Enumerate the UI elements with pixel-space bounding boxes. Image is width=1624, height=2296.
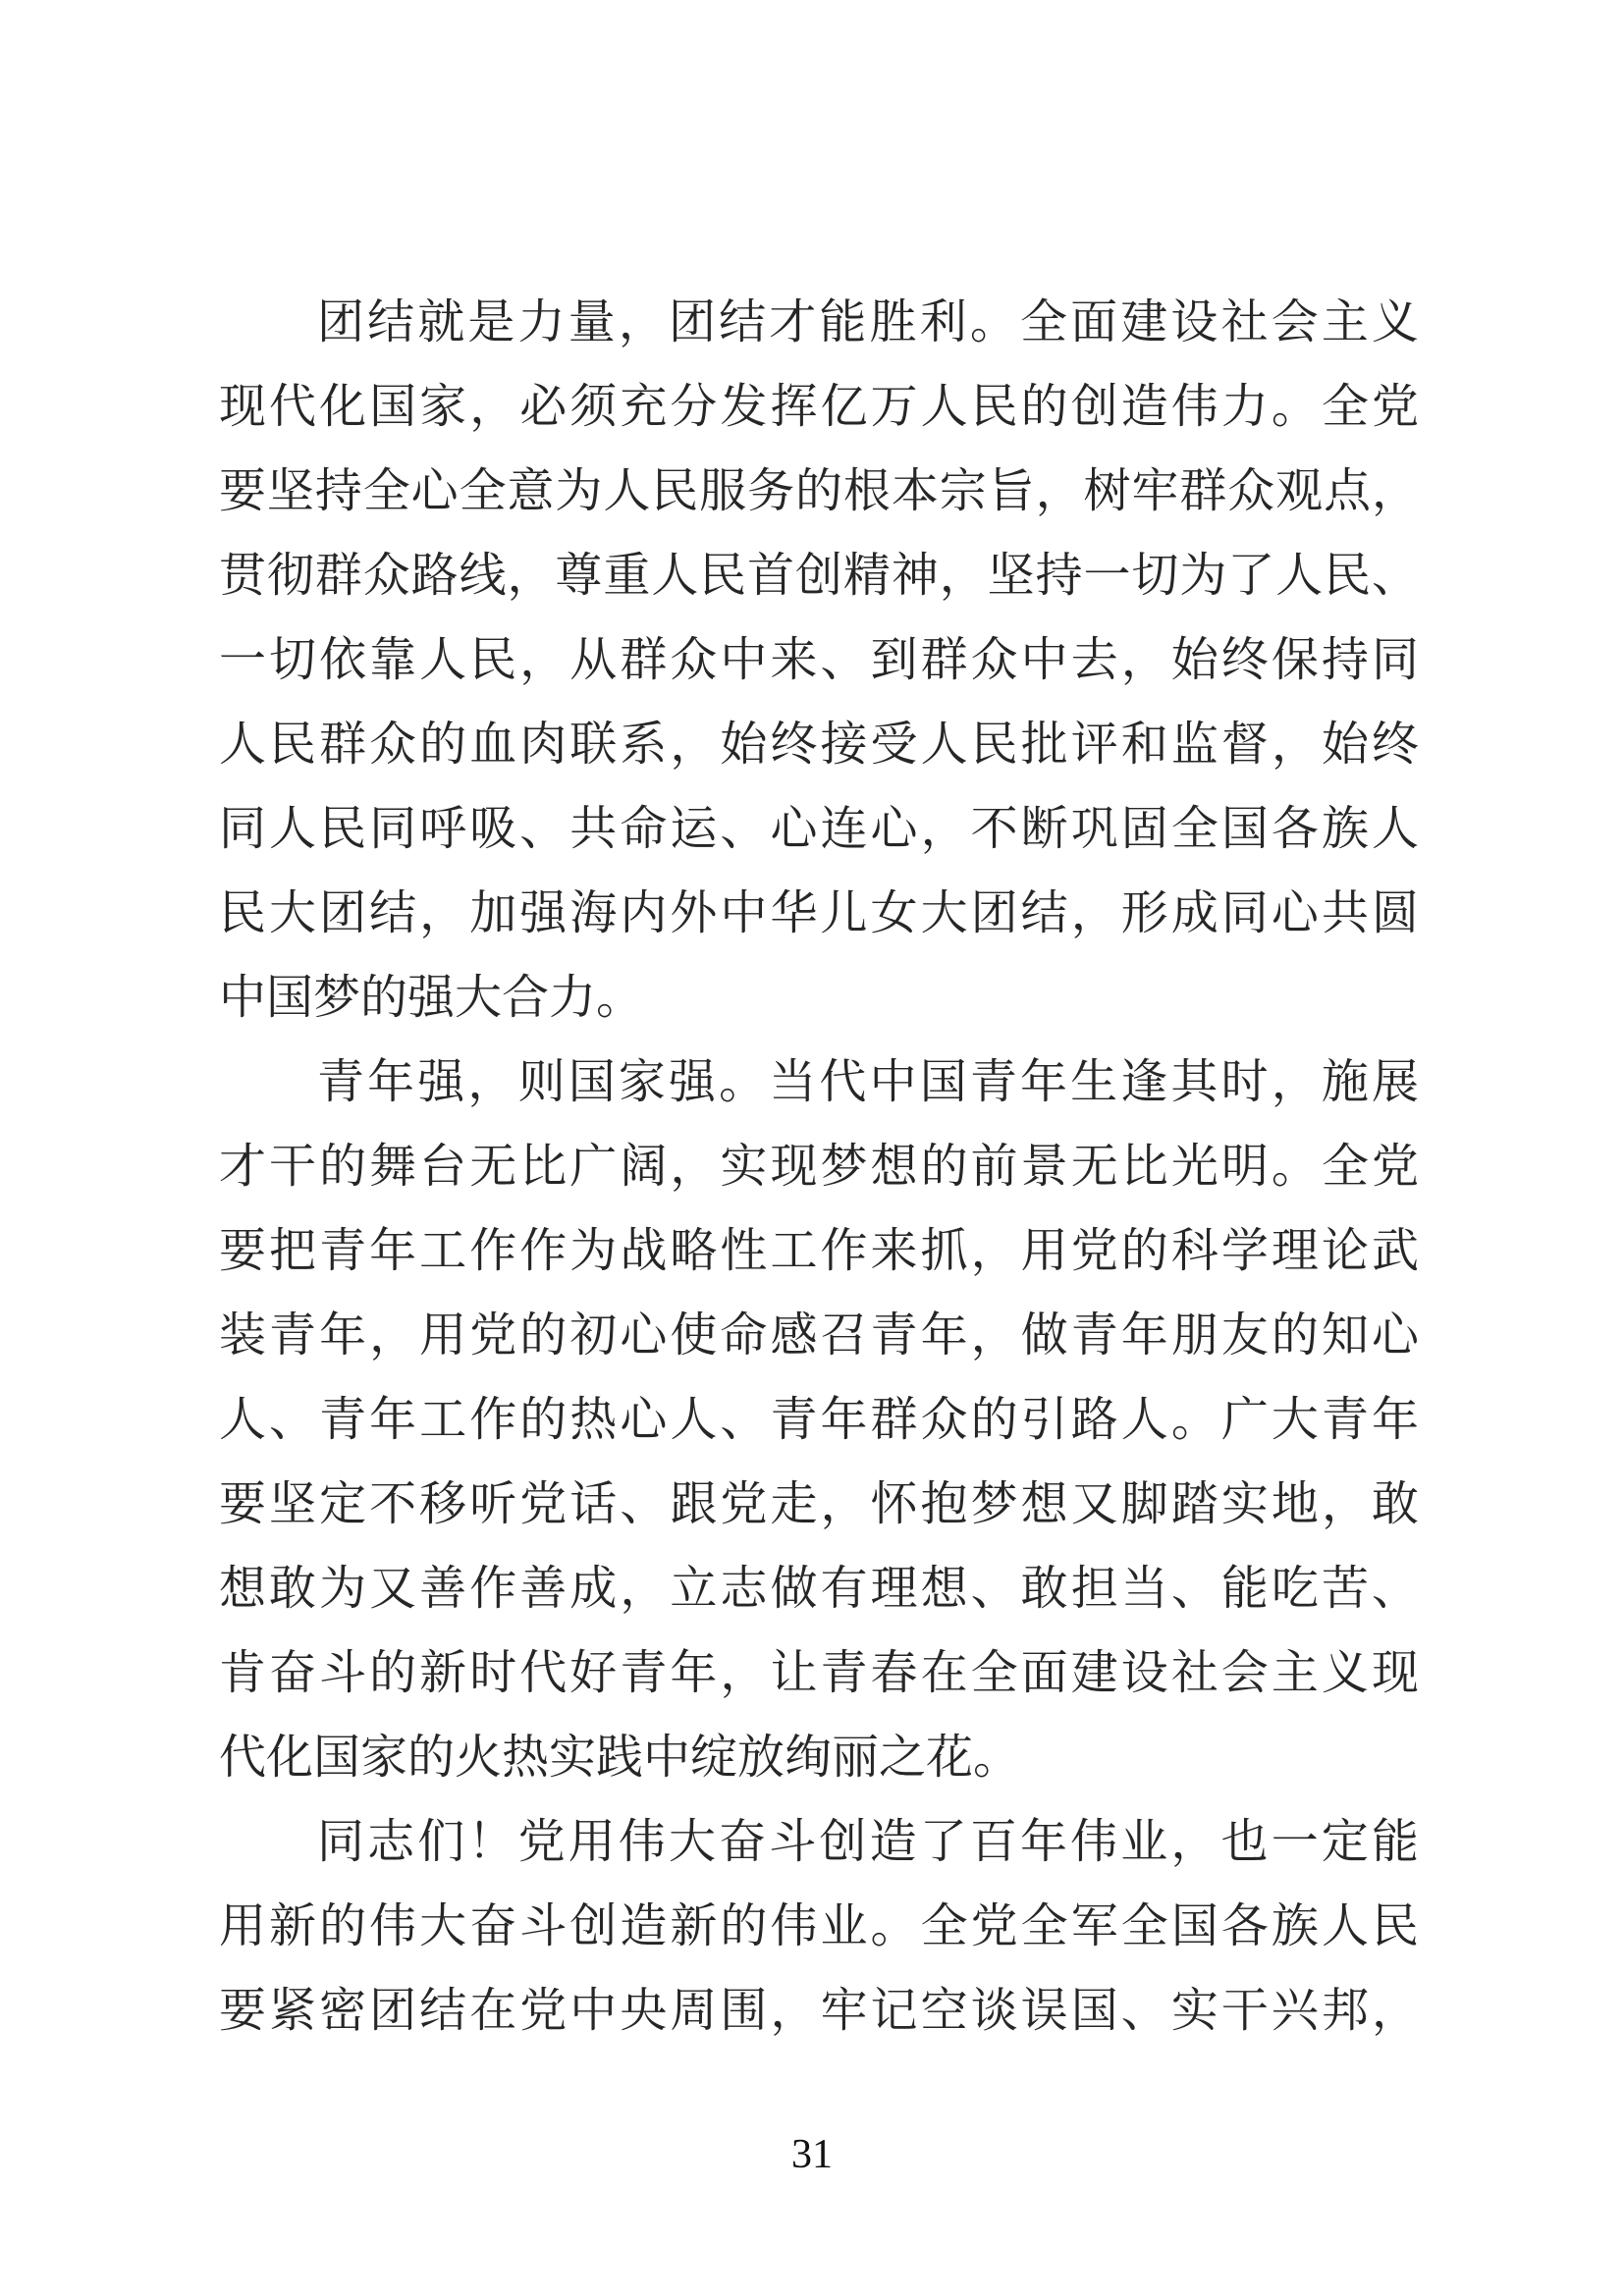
paragraph-unity: 团结就是力量，团结才能胜利。全面建设社会主义 现代化国家，必须充分发挥亿万人民的… — [219, 281, 1419, 1041]
text-line: 想敢为又善作善成，立志做有理想、敢担当、能吃苦、 — [219, 1547, 1419, 1631]
text-line: 才干的舞台无比广阔，实现梦想的前景无比光明。全党 — [219, 1125, 1419, 1209]
document-page: 团结就是力量，团结才能胜利。全面建设社会主义 现代化国家，必须充分发挥亿万人民的… — [0, 0, 1624, 2296]
text-block: 团结就是力量，团结才能胜利。全面建设社会主义 现代化国家，必须充分发挥亿万人民的… — [219, 281, 1419, 2054]
text-line: 贯彻群众路线，尊重人民首创精神，坚持一切为了人民、 — [219, 534, 1419, 618]
text-line: 青年强，则国家强。当代中国青年生逢其时，施展 — [219, 1041, 1419, 1125]
text-line: 团结就是力量，团结才能胜利。全面建设社会主义 — [219, 281, 1419, 365]
text-line: 要坚定不移听党话、跟党走，怀抱梦想又脚踏实地，敢 — [219, 1463, 1419, 1547]
text-line: 代化国家的火热实践中绽放绚丽之花。 — [219, 1716, 1419, 1800]
text-line: 肯奋斗的新时代好青年，让青春在全面建设社会主义现 — [219, 1631, 1419, 1716]
page-number: 31 — [0, 2132, 1624, 2177]
paragraph-comrades: 同志们！党用伟大奋斗创造了百年伟业，也一定能 用新的伟大奋斗创造新的伟业。全党全… — [219, 1800, 1419, 2054]
text-line: 同志们！党用伟大奋斗创造了百年伟业，也一定能 — [219, 1800, 1419, 1885]
text-line: 现代化国家，必须充分发挥亿万人民的创造伟力。全党 — [219, 365, 1419, 450]
text-line: 用新的伟大奋斗创造新的伟业。全党全军全国各族人民 — [219, 1885, 1419, 1969]
text-line: 一切依靠人民，从群众中来、到群众中去，始终保持同 — [219, 618, 1419, 703]
text-line: 中国梦的强大合力。 — [219, 956, 1419, 1041]
text-line: 装青年，用党的初心使命感召青年，做青年朋友的知心 — [219, 1294, 1419, 1378]
text-line: 要紧密团结在党中央周围，牢记空谈误国、实干兴邦， — [219, 1969, 1419, 2054]
text-line: 要坚持全心全意为人民服务的根本宗旨，树牢群众观点， — [219, 450, 1419, 534]
text-line: 民大团结，加强海内外中华儿女大团结，形成同心共圆 — [219, 872, 1419, 956]
text-line: 要把青年工作作为战略性工作来抓，用党的科学理论武 — [219, 1209, 1419, 1294]
text-line: 人民群众的血肉联系，始终接受人民批评和监督，始终 — [219, 703, 1419, 787]
text-line: 人、青年工作的热心人、青年群众的引路人。广大青年 — [219, 1378, 1419, 1463]
text-line: 同人民同呼吸、共命运、心连心，不断巩固全国各族人 — [219, 787, 1419, 872]
paragraph-youth: 青年强，则国家强。当代中国青年生逢其时，施展 才干的舞台无比广阔，实现梦想的前景… — [219, 1041, 1419, 1800]
